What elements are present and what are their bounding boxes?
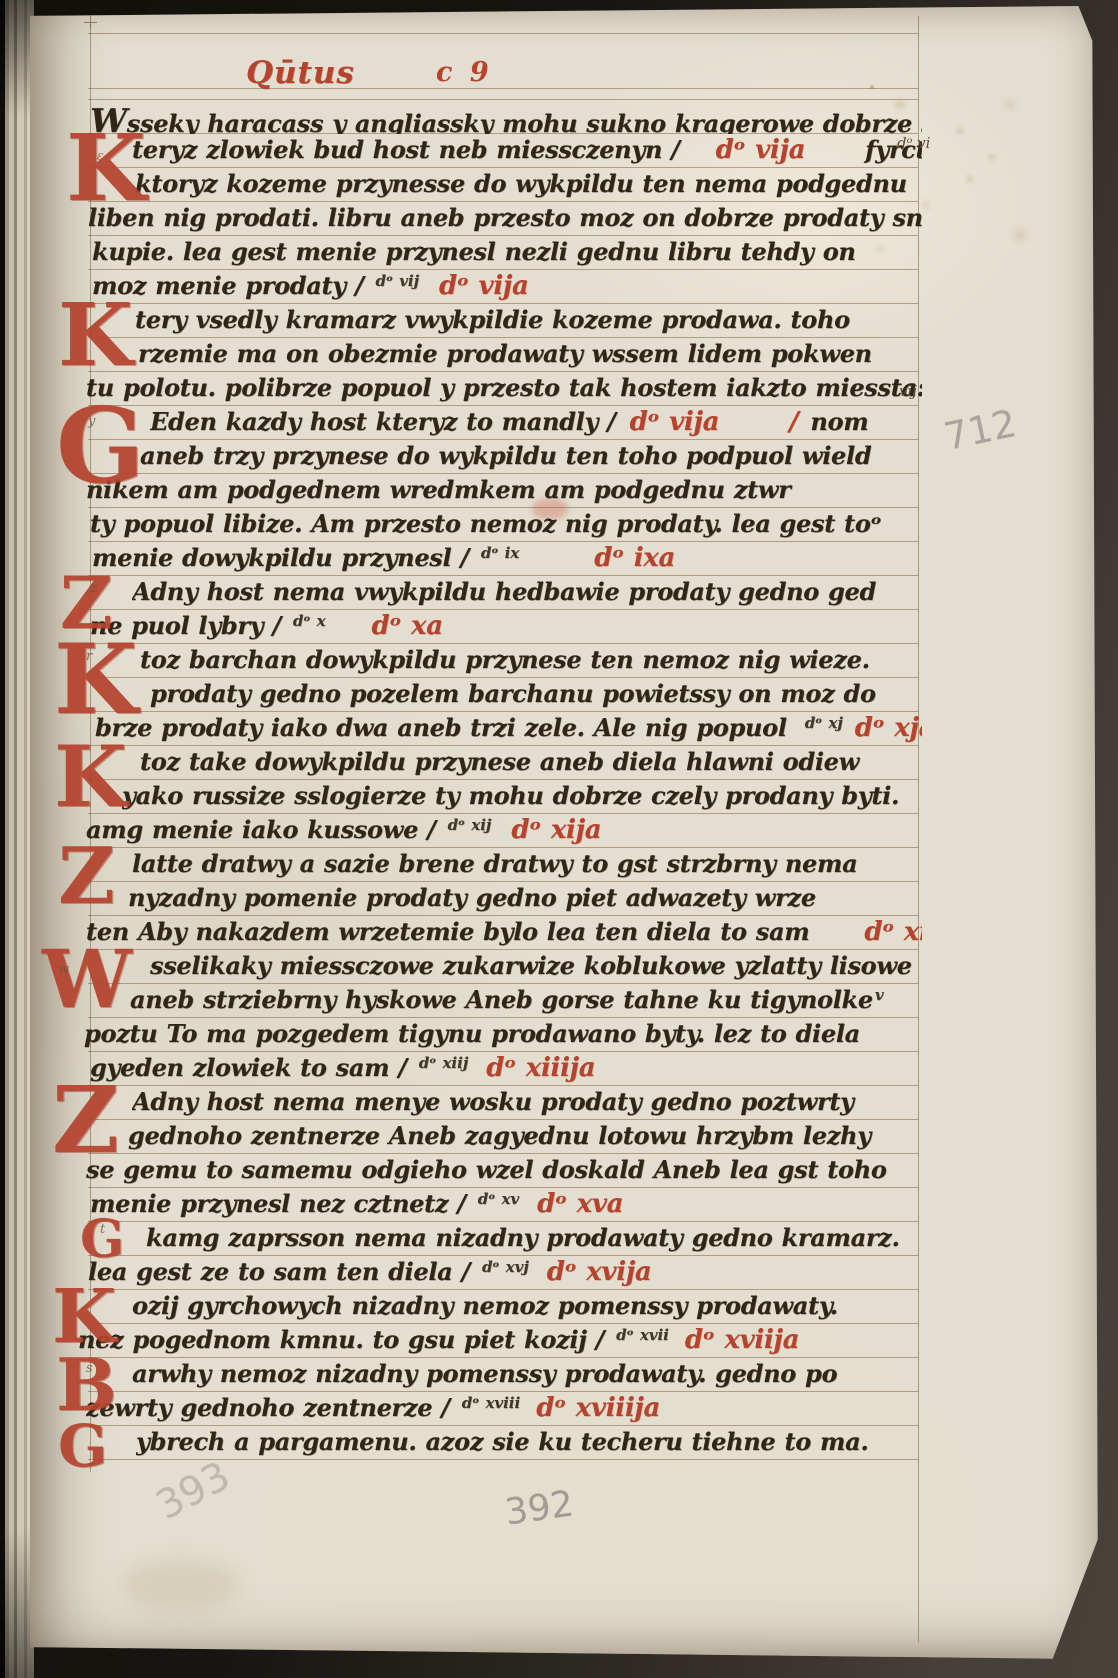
rubric-reference: dᵒ xija [511,815,601,845]
text-line: arwhy nemoz nizadny pomenssy prodawaty. … [132,1359,922,1392]
guide-mark: z [90,581,97,596]
text-line: ktoryz kozeme przynesse do wykpildu ten … [135,169,922,202]
rubric-initial: Z [52,1083,119,1158]
text-line: ne puol lybry /dᵒ xdᵒ xa [90,611,922,644]
guide-mark: s [86,1361,93,1376]
rubric-reference: dᵒ xiija [864,917,922,947]
rubric-reference: dᵒ xiiija [486,1053,595,1083]
line-text: gednoho zentnerze Aneb zagyednu lotowu h… [128,1121,871,1150]
text-line: Adny host nema menye wosku prodaty gedno… [132,1087,922,1120]
rubric-initial: Z [58,845,115,909]
line-text: ybrech a pargamenu. azoz sie ku techeru … [136,1427,868,1456]
line-text: teryz zlowiek bud host neb miessczenyn / [132,135,680,164]
page-content: Qūtus c 9 Wsseky haracass y angliassky m… [0,0,1118,1678]
rubric-reference: dᵒ xviiija [536,1393,660,1423]
text-line: yako russize sslogierze ty mohu dobrze c… [122,781,922,814]
text-line: ty popuol libize. Am przesto nemoz nig p… [90,509,922,542]
line-text: Adny host nema menye wosku prodaty gedno… [132,1087,854,1116]
rubric-reference: dᵒ xa [372,611,443,641]
page-heading-mark: c 9 [436,57,493,88]
ruling-tick [90,16,91,29]
line-text: latte dratwy a sazie brene dratwy to gst… [132,849,857,878]
text-line: tu polotu. polibrze popuol y przesto tak… [86,373,922,406]
text-line: Adny host nema vwykpildu hedbawie prodat… [132,577,922,610]
text-line: sselikaky miessczowe zukarwize koblukowe… [150,951,922,984]
page-heading-title: Qūtus [246,55,355,91]
rubric-reference: dᵒ vija [439,271,529,301]
line-text: amg menie iako kussowe / [86,815,436,844]
text-line: menie przynesl nez cztnetz /dᵒ xvdᵒ xva [90,1189,922,1222]
text-line: moz menie prodaty /dᵒ vijdᵒ vija [92,271,922,304]
line-text: kamg zaprsson nema nizadny prodawaty ged… [146,1223,900,1252]
rubric-reference: dᵒ xva [537,1189,623,1219]
chapter-number-note: dᵒ xvii [616,1326,669,1344]
text-line: ozij gyrchowych nizadny nemoz pomenssy p… [132,1291,922,1324]
text-line: Eden kazdy host kteryz to mandly /dᵒ vij… [150,407,922,440]
chapter-number-note: v [875,986,884,1004]
line-text: rzemie ma on obezmie prodawaty wssem lid… [138,339,872,368]
chapter-number-note: dᵒ x [293,612,326,630]
line-text: zewrty gednoho zentnerze / [86,1393,450,1422]
line-text: tu polotu. polibrze popuol y przesto tak… [86,373,922,402]
line-text: tery vsedly kramarz vwykpildie kozeme pr… [135,305,850,334]
line-text: nikem am podgednem wredmkem am podgednu … [86,475,791,504]
text-line: kupie. lea gest menie przynesl nezli ged… [92,237,922,270]
rubric-initial: K [66,131,146,206]
line-text: ozij gyrchowych nizadny nemoz pomenssy p… [132,1291,838,1320]
text-line: rzemie ma on obezmie prodawaty wssem lid… [138,339,922,372]
rubric-reference: dᵒ xja [855,713,922,743]
chapter-number-note: dᵒ xviii [462,1394,520,1412]
text-line: teryz zlowiek bud host neb miessczenyn /… [132,135,922,168]
chapter-number-note: dᵒ xv [478,1190,519,1208]
text-line: kamg zaprsson nema nizadny prodawaty ged… [146,1223,922,1256]
text-line: liben nig prodati. libru aneb przesto mo… [88,203,922,236]
chapter-number-note: dᵒ xvj [482,1258,529,1276]
text-line: se gemu to samemu odgieho wzel doskald A… [86,1155,922,1188]
rubric-reference: dᵒ vija [716,135,806,165]
text-line: aneb strziebrny hyskowe Aneb gorse tahne… [130,985,922,1018]
line-text: poztu To ma pozgedem tigynu prodawano by… [84,1019,860,1048]
text-line: ten Aby nakazdem wrzetemie bylo lea ten … [86,917,922,950]
margin-note: vij [899,382,917,400]
text-line: lea gest ze to sam ten diela /dᵒ xvjdᵒ x… [88,1257,922,1290]
line-text: aneb trzy przynese do wykpildu ten toho … [140,441,871,470]
ruled-line [88,33,918,34]
line-text: menie dowykpildu przynesl / [92,543,469,572]
line-text: brze prodaty iako dwa aneb trzi zele. Al… [95,713,787,742]
line-text: Eden kazdy host kteryz to mandly / [150,407,616,436]
line-text: sselikaky miessczowe zukarwize koblukowe… [150,951,912,980]
chapter-number-note: dᵒ ix [481,544,519,562]
rubric-reference: dᵒ ixa [594,543,675,573]
text-line: gyeden zlowiek to sam /dᵒ xiijdᵒ xiiija [90,1053,922,1086]
guide-mark: w [58,962,69,977]
text-line: aneb trzy przynese do wykpildu ten toho … [140,441,922,474]
text-line: tery vsedly kramarz vwykpildie kozeme pr… [135,305,922,338]
text-line: toz take dowykpildu przynese aneb diela … [140,747,922,780]
rubric-reference: dᵒ xviija [685,1325,799,1355]
text-line: menie dowykpildu przynesl /dᵒ ixdᵒ ixa [92,543,922,576]
line-text: lea gest ze to sam ten diela / [88,1257,470,1286]
line-text: arwhy nemoz nizadny pomenssy prodawaty. … [132,1359,837,1388]
rubric-reference: dᵒ vija [630,407,720,437]
text-line: nez pogednom kmnu. to gsu piet kozij /dᵒ… [78,1325,922,1358]
text-line: Wsseky haracass y angliassky mohu sukno … [90,101,922,134]
rubric-initial: K [58,301,133,372]
pencil-annotation: 712 [940,401,1020,459]
text-line: amg menie iako kussowe /dᵒ xijdᵒ xija [86,815,922,848]
line-text: prodaty gedno pozelem barchanu powietssy… [150,679,876,708]
pencil-annotation: 393 [149,1453,238,1529]
ruled-line [88,88,918,89]
line-text: ty popuol libize. Am przesto nemoz nig p… [90,509,881,538]
rubric-initial: G [58,1423,108,1471]
text-line: toz barchan dowykpildu przynese ten nemo… [140,645,922,678]
line-text: aneb strziebrny hyskowe Aneb gorse tahne… [130,985,873,1014]
text-line: brze prodaty iako dwa aneb trzi zele. Al… [95,713,922,746]
line-text: se gemu to samemu odgieho wzel doskald A… [86,1155,887,1184]
line-text: nez pogednom kmnu. to gsu piet kozij / [78,1325,604,1354]
chapter-number-note: dᵒ xj [805,714,843,732]
pencil-annotation: 392 [502,1483,576,1533]
line-text: nyzadny pomenie prodaty gedno piet adwaz… [128,883,816,912]
chapter-number-note: dᵒ vij [375,272,419,290]
text-line: zewrty gednoho zentnerze /dᵒ xviiidᵒ xvi… [86,1393,922,1426]
margin-note: dᵒ vi [897,134,930,152]
chapter-number-note: dᵒ xij [448,816,492,834]
line-text: yako russize sslogierze ty mohu dobrze c… [122,781,899,810]
text-line: prodaty gedno pozelem barchanu powietssy… [150,679,922,712]
guide-mark: r [86,649,92,664]
guide-mark: t [100,1222,105,1237]
text-line: ybrech a pargamenu. azoz sie ku techeru … [136,1427,922,1460]
line-text: toz barchan dowykpildu przynese ten nemo… [140,645,870,674]
rubric-initial: K [52,1287,116,1348]
line-text: nom [810,407,868,436]
text-line: latte dratwy a sazie brene dratwy to gst… [132,849,922,882]
line-text: toz take dowykpildu przynese aneb diela … [140,747,859,776]
line-text: kupie. lea gest menie przynesl nezli ged… [92,237,856,266]
text-line: gednoho zentnerze Aneb zagyednu lotowu h… [128,1121,922,1154]
line-text: ktoryz kozeme przynesse do wykpildu ten … [135,169,907,198]
rubric-initial: G [56,403,145,488]
guide-mark: ε [97,149,104,164]
ruled-line [88,99,918,100]
rubric-reference: / [789,407,798,437]
text-line: nikem am podgednem wredmkem am podgednu … [86,475,922,508]
faint-stain [120,1560,240,1610]
line-text: sseky haracass y angliassky mohu sukno k… [127,109,922,134]
text-line: nyzadny pomenie prodaty gedno piet adwaz… [128,883,922,916]
line-text: gyeden zlowiek to sam / [90,1053,407,1082]
line-text: menie przynesl nez cztnetz / [90,1189,466,1218]
text-line: poztu To ma pozgedem tigynu prodawano by… [84,1019,922,1052]
line-text: ten Aby nakazdem wrzetemie bylo lea ten … [86,917,809,946]
rubric-initial: K [54,743,127,812]
line-text: Adny host nema vwykpildu hedbawie prodat… [132,577,876,606]
chapter-number-note: dᵒ xiij [419,1054,469,1072]
rubric-reference: dᵒ xvija [547,1257,652,1287]
rubric-initial: K [54,641,137,720]
guide-mark: y [88,414,95,429]
rubric-initial: W [42,947,132,1013]
manuscript-photo: Qūtus c 9 Wsseky haracass y angliassky m… [0,0,1118,1678]
line-text: liben nig prodati. libru aneb przesto mo… [88,203,922,232]
